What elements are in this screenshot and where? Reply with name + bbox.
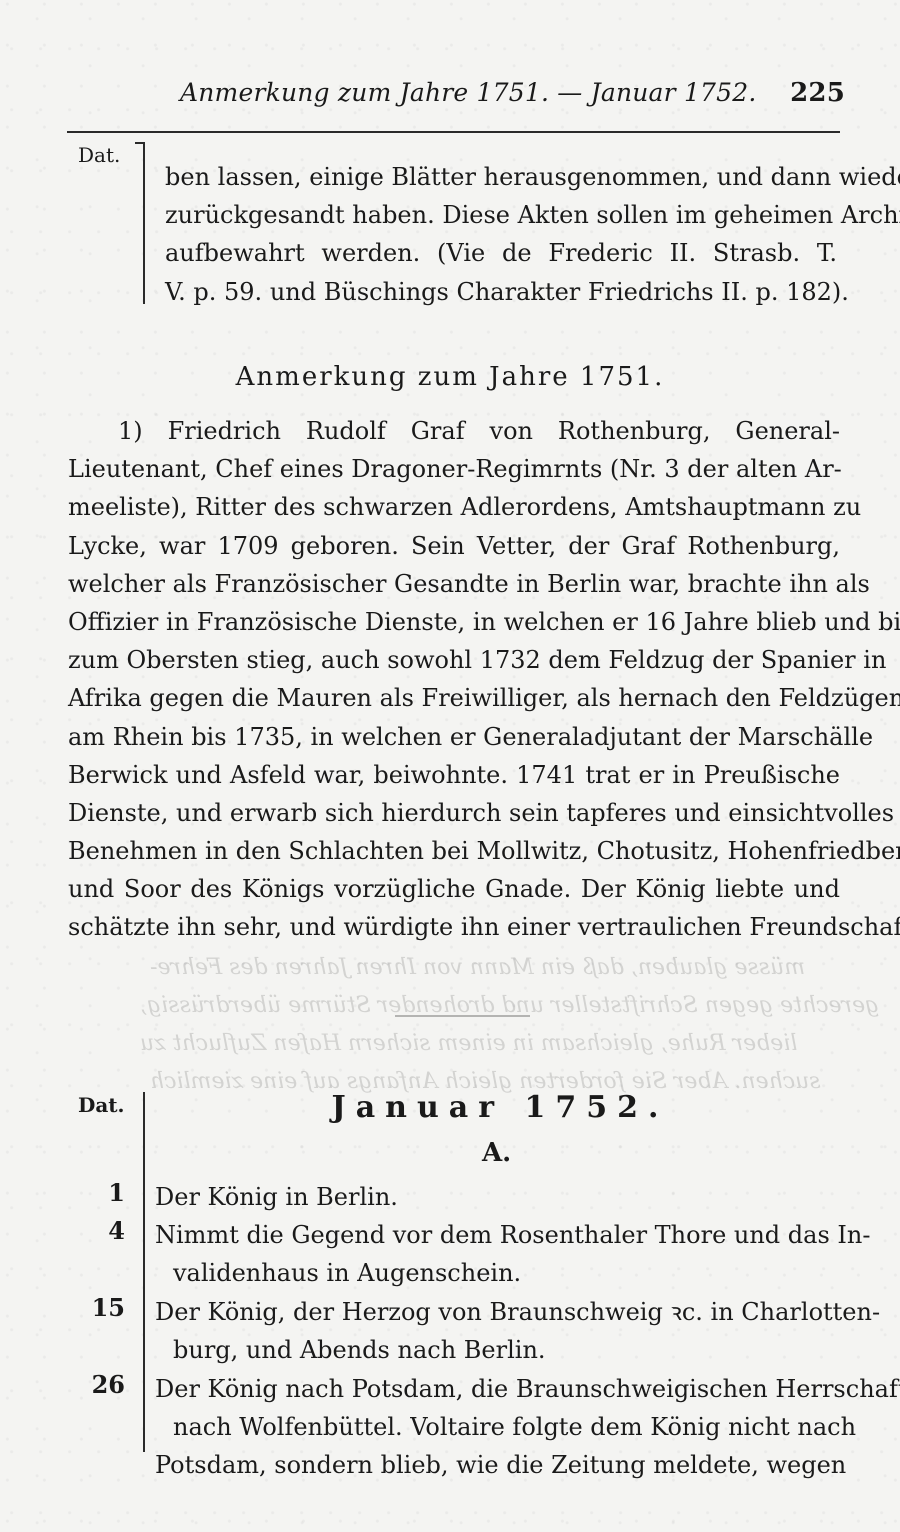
scanned-book-page: müsse glauben, daß ein Mann von Ihren Ja… [0, 0, 900, 1532]
column-rule [143, 142, 145, 304]
bleed-through-underline [395, 1015, 530, 1017]
page-number: 225 [790, 78, 845, 108]
entry-text: validenhaus in Augenschein. [155, 1254, 845, 1292]
text-line: 1) Friedrich Rudolf Graf von Rothenburg,… [68, 412, 840, 450]
entry-text: Der König in Berlin. [155, 1178, 845, 1216]
text-line: Lycke, war 1709 geboren. Sein Vetter, de… [68, 527, 840, 565]
continued-paragraph: ben lassen, einige Blätter herausgenomme… [165, 158, 837, 311]
entry-date: 15 [70, 1293, 125, 1322]
bleed-through-text: lieber Ruhe, gleichsam in einem sichern … [140, 1031, 797, 1056]
entry-date: 4 [70, 1216, 125, 1245]
text-line: meeliste), Ritter des schwarzen Adlerord… [68, 488, 840, 526]
subsection-letter: A. [482, 1138, 511, 1168]
text-line: ben lassen, einige Blätter herausgenomme… [165, 158, 837, 196]
entry-text: Der König nach Potsdam, die Braunschweig… [155, 1370, 845, 1408]
bleed-through-text: müsse glauben, daß ein Mann von Ihren Ja… [150, 955, 805, 980]
text-line: und Soor des Königs vorzügliche Gnade. D… [68, 870, 840, 908]
section-heading-anmerkung: Anmerkung zum Jahre 1751. [0, 362, 900, 392]
text-line: Lieutenant, Chef eines Dragoner-Regimrnt… [68, 450, 840, 488]
text-line: aufbewahrt werden. (Vie de Frederic II. … [165, 234, 837, 272]
text-line: Berwick und Asfeld war, beiwohnte. 1741 … [68, 756, 840, 794]
entry-text: Nimmt die Gegend vor dem Rosenthaler Tho… [155, 1216, 845, 1254]
header-rule [67, 131, 840, 133]
text-line: Benehmen in den Schlachten bei Mollwitz,… [68, 832, 840, 870]
entry-date: 1 [70, 1178, 125, 1207]
text-line: V. p. 59. und Büschings Charakter Friedr… [165, 273, 837, 311]
column-rule [143, 1092, 145, 1452]
entry-date: 26 [70, 1370, 125, 1399]
entry-text: Potsdam, sondern blieb, wie die Zeitung … [155, 1446, 845, 1484]
entry-text: nach Wolfenbüttel. Voltaire folgte dem K… [155, 1408, 845, 1446]
dat-column-label: Dat. [78, 143, 120, 167]
entry-text: burg, und Abends nach Berlin. [155, 1331, 845, 1369]
text-line: schätzte ihn sehr, und würdigte ihn eine… [68, 908, 840, 946]
entry-text: Der König, der Herzog von Braunschweig ꝛ… [155, 1293, 845, 1331]
anmerkung-paragraph: 1) Friedrich Rudolf Graf von Rothenburg,… [68, 412, 840, 947]
text-line: Dienste, und erwarb sich hierdurch sein … [68, 794, 840, 832]
text-line: am Rhein bis 1735, in welchen er General… [68, 718, 840, 756]
section-heading-januar: Januar 1752. [50, 1090, 900, 1125]
text-line: zum Obersten stieg, auch sowohl 1732 dem… [68, 641, 840, 679]
text-line: welcher als Französischer Gesandte in Be… [68, 565, 840, 603]
text-line: zurückgesandt haben. Diese Akten sollen … [165, 196, 837, 234]
text-line: Afrika gegen die Mauren als Freiwilliger… [68, 679, 840, 717]
text-line: Offizier in Französische Dienste, in wel… [68, 603, 840, 641]
column-rule-tick [135, 142, 145, 144]
running-head-title: Anmerkung zum Jahre 1751. — Januar 1752. [180, 78, 757, 107]
